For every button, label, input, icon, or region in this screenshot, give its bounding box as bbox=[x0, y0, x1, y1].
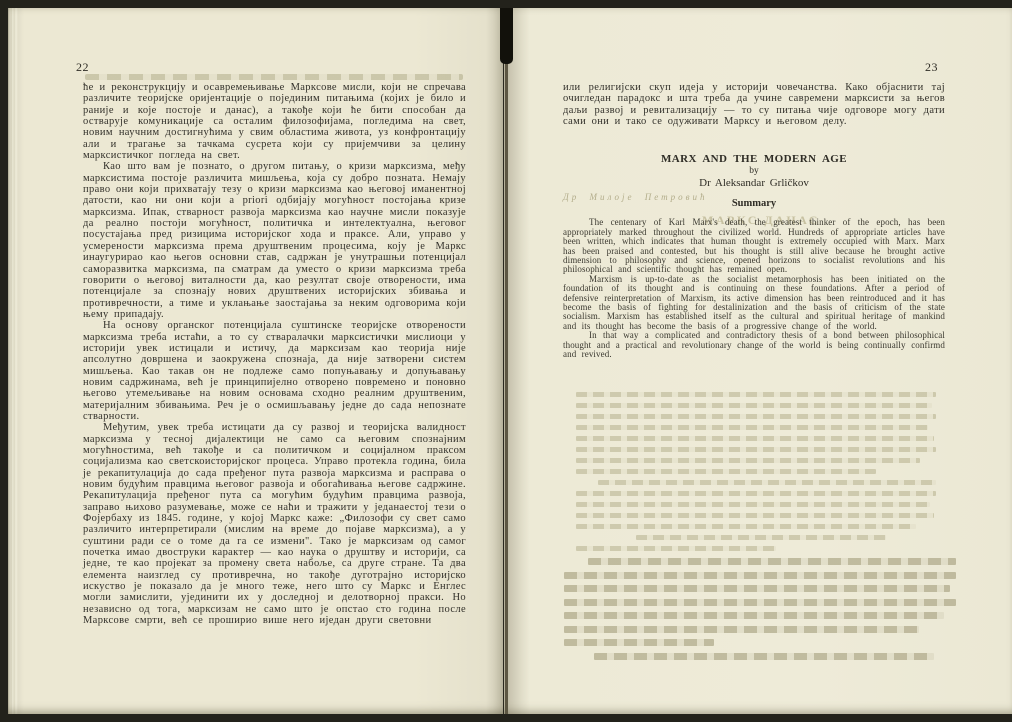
paragraph: In that way a complicated and contradict… bbox=[563, 331, 945, 359]
ghost-bleed-line bbox=[576, 524, 916, 529]
left-page-text: ће и реконструкцију и осавремењивање Мар… bbox=[83, 82, 466, 627]
ghost-bleed-line bbox=[576, 425, 928, 430]
paragraph: Међутим, увек треба истицати да су разво… bbox=[83, 422, 466, 626]
bleed-through-line bbox=[85, 74, 463, 80]
ghost-bleed-line bbox=[576, 436, 934, 441]
ghost-bleed-line bbox=[576, 491, 936, 496]
article-byline: by bbox=[563, 166, 945, 176]
ghost-bleed-line bbox=[598, 480, 936, 485]
ghost-bleed-line bbox=[594, 653, 934, 660]
page-right: 23 Др Милоје Петровић МАРКС ДАНАС или ре… bbox=[504, 8, 1012, 714]
ghost-bleed-line bbox=[588, 558, 956, 565]
ghost-bleed-line bbox=[564, 572, 956, 579]
summary-text: The centenary of Karl Marx's death, the … bbox=[563, 218, 945, 359]
paragraph: или религијски скуп идеја у историји чов… bbox=[563, 82, 945, 127]
paragraph: Marxism is up-to-date as the socialist m… bbox=[563, 275, 945, 331]
ghost-bleed-line bbox=[576, 546, 776, 551]
section-heading-summary: Summary bbox=[563, 198, 945, 209]
ghost-bleed-line bbox=[576, 502, 930, 507]
page-number-right: 23 bbox=[925, 60, 938, 75]
ghost-bleed-line bbox=[564, 612, 944, 619]
ghost-bleed-line bbox=[576, 447, 936, 452]
page-number-left: 22 bbox=[76, 60, 89, 75]
ghost-bleed-line bbox=[564, 639, 714, 646]
book-gutter-top bbox=[500, 8, 513, 64]
paragraph: На основу органског потенцијала суштинск… bbox=[83, 320, 466, 422]
ghost-bleed-line bbox=[576, 469, 876, 474]
ghost-bleed-line bbox=[564, 599, 956, 606]
ghost-bleed-line bbox=[564, 626, 919, 633]
paragraph: Као што вам је познато, о другом питању,… bbox=[83, 161, 466, 320]
page-left: 22 ће и реконструкцију и осавремењивање … bbox=[8, 8, 503, 714]
book-gutter bbox=[505, 8, 508, 714]
article-author: Dr Aleksandar Grličkov bbox=[563, 177, 945, 189]
ghost-bleed-line bbox=[576, 403, 932, 408]
ghost-bleed-line bbox=[576, 513, 934, 518]
paragraph: The centenary of Karl Marx's death, the … bbox=[563, 218, 945, 274]
paragraph: ће и реконструкцију и осавремењивање Мар… bbox=[83, 82, 466, 161]
article-heading-block: MARX AND THE MODERN AGE by Dr Aleksandar… bbox=[563, 153, 945, 209]
ghost-bleed-line bbox=[576, 414, 936, 419]
ghost-bleed-line bbox=[576, 392, 936, 397]
scanned-book-spread: 22 ће и реконструкцију и осавремењивање … bbox=[0, 0, 1012, 722]
ghost-bleed-line bbox=[576, 458, 920, 463]
article-title: MARX AND THE MODERN AGE bbox=[563, 153, 945, 165]
right-page-text: или религијски скуп идеја у историји чов… bbox=[563, 82, 945, 359]
open-book: 22 ће и реконструкцију и осавремењивање … bbox=[8, 8, 1012, 714]
ghost-bleed-line bbox=[564, 585, 950, 592]
ghost-bleed-line bbox=[636, 535, 886, 540]
